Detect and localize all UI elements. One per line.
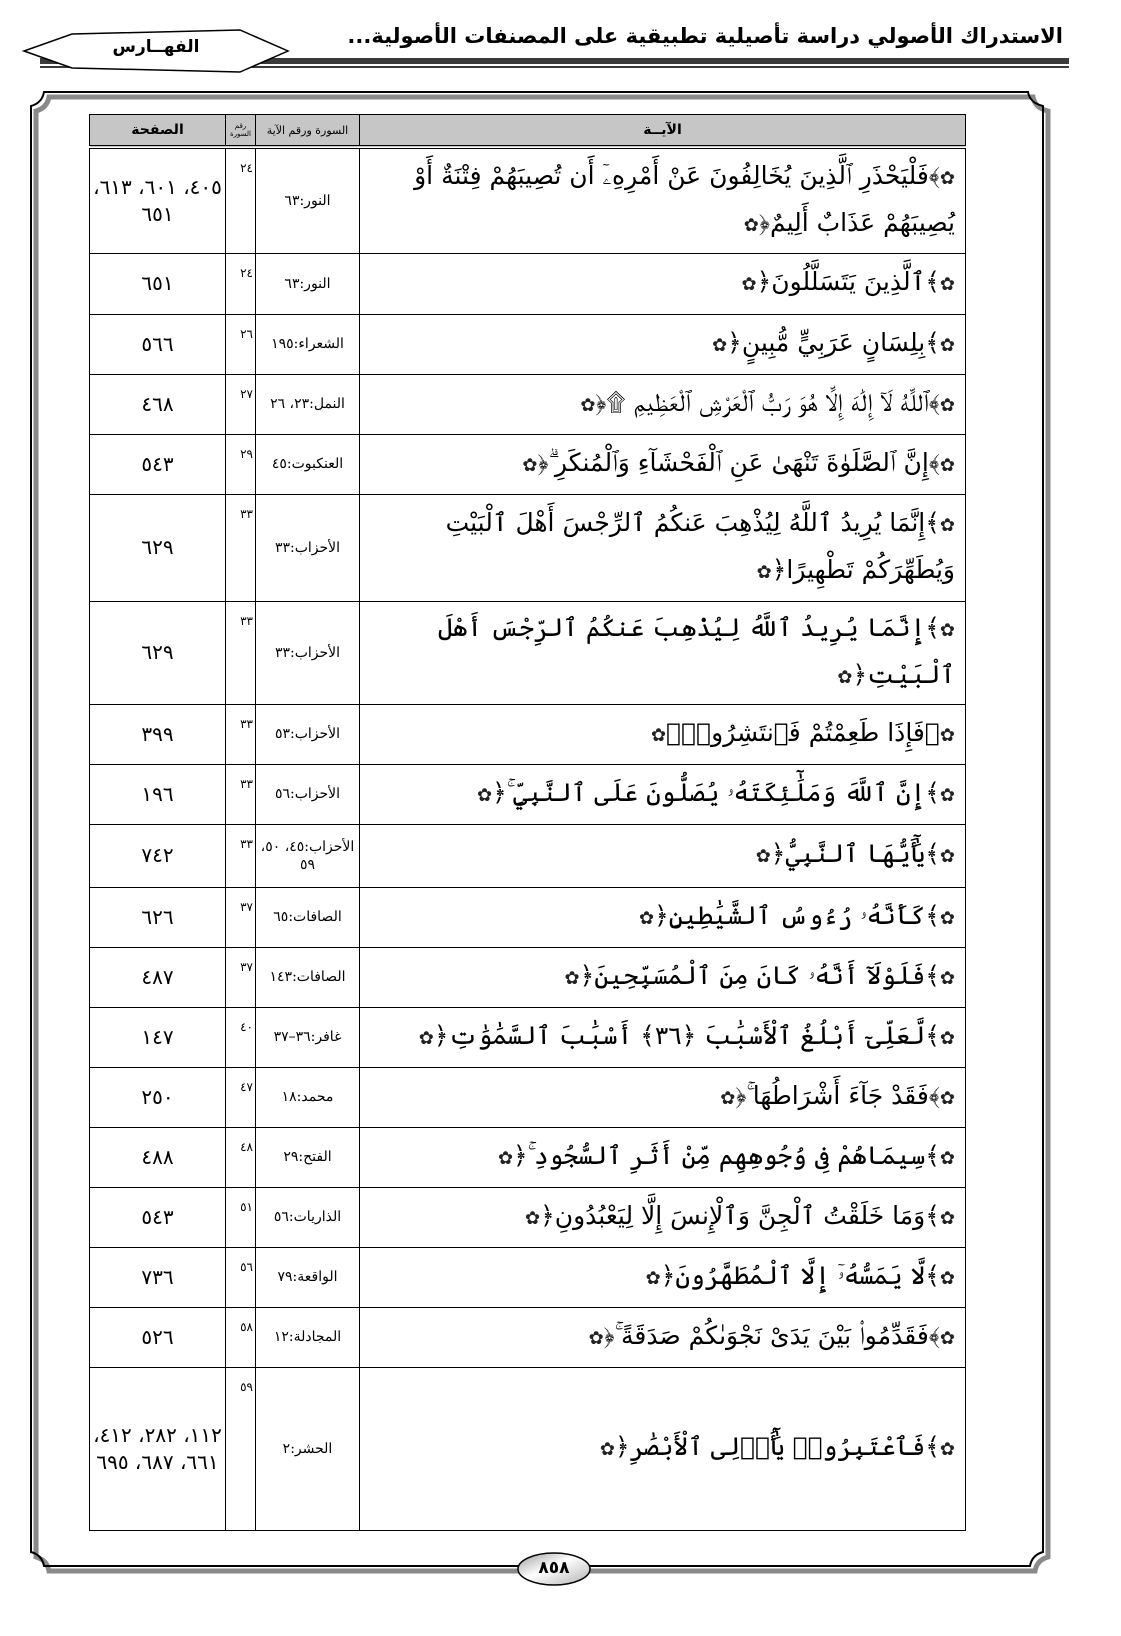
surah-reference-cell: الحشر:٢ (256, 1367, 360, 1530)
surah-number-cell: ٢٧ (226, 374, 256, 434)
flower-ornament-icon: ✿ (940, 846, 955, 867)
flower-ornament-icon: ✿ (744, 215, 759, 236)
table-row: ✿﴾إِنَّمَا يُرِيدُ ٱللَّهُ لِيُذْهِبَ عَ… (90, 601, 966, 704)
open-bracket-icon: ﴾ (925, 1021, 940, 1050)
surah-reference-cell: النور:٦٣ (256, 253, 360, 314)
verse-text: فَإِذَا طَعِمْتُمْ فَٱنتَشِرُوا۟ (681, 718, 925, 747)
verse-text: فَقَدِّمُوا۟ بَيْنَ يَدَىْ نَجْوَىٰكُمْ … (615, 1321, 929, 1350)
page-numbers-cell: ٦٥١ (90, 253, 226, 314)
verse-cell: ✿﴾يَٰٓأَيُّهَا ٱلنَّبِيُّ﴿✿ (360, 824, 966, 887)
page-numbers-cell: ٤٨٧ (90, 947, 226, 1007)
verse-cell: ✿﴾فَقَدْ جَآءَ أَشْرَاطُهَا ۚ﴿✿ (360, 1067, 966, 1127)
open-bracket-icon: ﴾ (925, 613, 940, 642)
flower-ornament-icon: ✿ (940, 335, 955, 356)
table-row: ✿﴾لَّعَلِّىٓ أَبْلُغُ ٱلْأَسْبَٰبَ ﴿٣٦﴾ … (90, 1007, 966, 1067)
close-bracket-icon: ﴿ (771, 839, 786, 868)
close-bracket-icon: ﴿ (666, 718, 681, 747)
page-numbers-cell: ١١٢، ٢٨٢، ٤١٢، ٦٦١، ٦٨٧، ٦٩٥ (90, 1367, 226, 1530)
page-numbers-cell: ٥٤٣ (90, 434, 226, 494)
open-bracket-icon: ﴾ (925, 718, 940, 747)
table-row: ✿﴾ٱلَّذِينَ يَتَسَلَّلُونَ﴿✿النور:٦٣٢٤٦٥… (90, 253, 966, 314)
open-bracket-icon: ﴾ (925, 1141, 940, 1170)
close-bracket-icon: ﴿ (772, 555, 787, 584)
open-bracket-icon: ﴾ (925, 1261, 940, 1290)
verse-cell: ✿﴾فَلَوْلَآ أَنَّهُۥ كَانَ مِنَ ٱلْمُسَب… (360, 947, 966, 1007)
verse-cell: ✿﴾إِنَّ ٱللَّهَ وَمَلَٰٓئِكَتَهُۥ يُصَلُ… (360, 764, 966, 824)
surah-number-cell: ٢٤ (226, 253, 256, 314)
table-row: ✿﴾إِنَّ ٱلصَّلَوٰةَ تَنْهَىٰ عَنِ ٱلْفَح… (90, 434, 966, 494)
flower-ornament-icon: ✿ (940, 1328, 955, 1349)
verse-cell: ✿﴾بِلِسَانٍ عَرَبِيٍّ مُّبِينٍ﴿✿ (360, 314, 966, 374)
flower-ornament-icon: ✿ (940, 515, 955, 536)
table-row: ✿﴾فَلَوْلَآ أَنَّهُۥ كَانَ مِنَ ٱلْمُسَب… (90, 947, 966, 1007)
page-numbers-cell: ٧٤٢ (90, 824, 226, 887)
surah-reference-cell: الصافات:٦٥ (256, 887, 360, 947)
open-bracket-icon: ﴾ (925, 778, 940, 807)
verse-cell: ✿﴾سِيمَاهُمْ فِى وُجُوهِهِم مِّنْ أَثَرِ… (360, 1127, 966, 1187)
open-bracket-icon: ﴾ (925, 267, 940, 296)
open-bracket-icon: ﴾ (925, 839, 940, 868)
surah-reference-cell: الفتح:٢٩ (256, 1127, 360, 1187)
surah-number-cell: ٣٣ (226, 764, 256, 824)
close-bracket-icon: ﴿ (604, 1321, 615, 1350)
open-bracket-icon: ﴾ (925, 961, 940, 990)
open-bracket-icon: ﴾ (925, 1201, 940, 1230)
flower-ornament-icon: ✿ (940, 1028, 955, 1049)
flower-ornament-icon: ✿ (600, 1439, 615, 1460)
verse-text: فَقَدْ جَآءَ أَشْرَاطُهَا ۚ (746, 1081, 928, 1110)
column-header-page: الصفحة (90, 115, 226, 148)
verse-cell: ✿﴾لَّا يَمَسُّهُۥٓ إِلَّا ٱلْمُطَهَّرُون… (360, 1247, 966, 1307)
verse-cell: ✿﴾فَلْيَحْذَرِ ٱلَّذِينَ يُخَالِفُونَ عَ… (360, 147, 966, 253)
verse-index-table: الآيــة السورة ورقم الآية رقم السورة الص… (89, 114, 966, 1531)
table-row: ✿﴾فَٱعْتَبِرُوا۟ يَٰٓأُو۟لِى ٱلْأَبْصَٰر… (90, 1367, 966, 1530)
surah-reference-cell: المجادلة:١٢ (256, 1307, 360, 1367)
verse-cell: ✿﴾إِنَّمَا يُرِيدُ ٱللَّهُ لِيُذْهِبَ عَ… (360, 601, 966, 704)
surah-number-cell: ٣٣ (226, 824, 256, 887)
page-numbers-cell: ٥٤٣ (90, 1187, 226, 1247)
column-header-surah-number: رقم السورة (226, 115, 256, 148)
surah-reference-cell: الأحزاب:٣٣ (256, 601, 360, 704)
table-row: ✿﴾وَمَا خَلَقْتُ ٱلْجِنَّ وَٱلْإِنسَ إِل… (90, 1187, 966, 1247)
surah-number-cell: ٣٧ (226, 887, 256, 947)
table-row: ✿﴾إِنَّمَا يُرِيدُ ٱللَّهُ لِيُذْهِبَ عَ… (90, 494, 966, 601)
flower-ornament-icon: ✿ (419, 1028, 434, 1049)
close-bracket-icon: ﴿ (595, 388, 606, 417)
flower-ornament-icon: ✿ (940, 1088, 955, 1109)
surah-number-cell: ٥١ (226, 1187, 256, 1247)
surah-reference-cell: النمل:٢٣، ٢٦ (256, 374, 360, 434)
column-header-verse: الآيــة (360, 115, 966, 148)
surah-number-cell: ٢٤ (226, 147, 256, 253)
verse-text: كَأَنَّهُۥ رُءُوسُ ٱلشَّيَٰطِينِ (669, 901, 926, 930)
table-row: ✿﴾ٱللَّهُ لَآ إِلَٰهَ إِلَّا هُوَ رَبُّ … (90, 374, 966, 434)
surah-number-cell: ٢٦ (226, 314, 256, 374)
surah-number-cell: ٤٨ (226, 1127, 256, 1187)
page-numbers-cell: ٢٥٠ (90, 1067, 226, 1127)
surah-number-cell: ٢٩ (226, 434, 256, 494)
close-bracket-icon: ﴿ (735, 1081, 746, 1110)
flower-ornament-icon: ✿ (940, 395, 955, 416)
table-row: ✿﴾لَّا يَمَسُّهُۥٓ إِلَّا ٱلْمُطَهَّرُون… (90, 1247, 966, 1307)
surah-number-cell: ٣٧ (226, 947, 256, 1007)
flower-ornament-icon: ✿ (940, 1268, 955, 1289)
open-bracket-icon: ﴾ (925, 1432, 940, 1461)
page-numbers-cell: ٦٢٦ (90, 887, 226, 947)
verse-text: إِنَّمَا يُرِيدُ ٱللَّهُ لِيُذْهِبَ عَنك… (438, 613, 955, 689)
verse-cell: ✿﴾فَٱعْتَبِرُوا۟ يَٰٓأُو۟لِى ٱلْأَبْصَٰر… (360, 1367, 966, 1530)
table-row: ✿﴾فَإِذَا طَعِمْتُمْ فَٱنتَشِرُوا۟﴿✿الأح… (90, 704, 966, 764)
surah-number-cell: ٥٨ (226, 1307, 256, 1367)
verse-cell: ✿﴾وَمَا خَلَقْتُ ٱلْجِنَّ وَٱلْإِنسَ إِل… (360, 1187, 966, 1247)
close-bracket-icon: ﴿ (492, 778, 507, 807)
flower-ornament-icon: ✿ (940, 968, 955, 989)
page-numbers-cell: ٣٩٩ (90, 704, 226, 764)
flower-ornament-icon: ✿ (940, 168, 955, 189)
verse-text: لَّعَلِّىٓ أَبْلُغُ ٱلْأَسْبَٰبَ ﴿٣٦﴾ أَ… (448, 1021, 925, 1050)
close-bracket-icon: ﴿ (852, 660, 867, 689)
open-bracket-icon: ﴾ (925, 328, 940, 357)
close-bracket-icon: ﴿ (654, 901, 669, 930)
verse-text: فَٱعْتَبِرُوا۟ يَٰٓأُو۟لِى ٱلْأَبْصَٰرِ (630, 1432, 926, 1461)
verse-cell: ✿﴾إِنَّ ٱلصَّلَوٰةَ تَنْهَىٰ عَنِ ٱلْفَح… (360, 434, 966, 494)
flower-ornament-icon: ✿ (477, 785, 492, 806)
flower-ornament-icon: ✿ (940, 620, 955, 641)
flower-ornament-icon: ✿ (720, 1088, 735, 1109)
page-numbers-cell: ٤٦٨ (90, 374, 226, 434)
page-numbers-cell: ٥٦٦ (90, 314, 226, 374)
open-bracket-icon: ﴾ (925, 901, 940, 930)
close-bracket-icon: ﴿ (540, 1201, 555, 1230)
table-row: ✿﴾فَقَدِّمُوا۟ بَيْنَ يَدَىْ نَجْوَىٰكُم… (90, 1307, 966, 1367)
surah-number-cell: ٤٧ (226, 1067, 256, 1127)
surah-reference-cell: غافر:٣٦–٣٧ (256, 1007, 360, 1067)
page-numbers-cell: ٧٣٦ (90, 1247, 226, 1307)
table-row: ✿﴾بِلِسَانٍ عَرَبِيٍّ مُّبِينٍ﴿✿الشعراء:… (90, 314, 966, 374)
surah-reference-cell: الأحزاب:٣٣ (256, 494, 360, 601)
flower-ornament-icon: ✿ (589, 1328, 604, 1349)
open-bracket-icon: ﴾ (929, 161, 940, 190)
flower-ornament-icon: ✿ (651, 725, 666, 746)
flower-ornament-icon: ✿ (940, 1439, 955, 1460)
open-bracket-icon: ﴾ (929, 388, 940, 417)
surah-reference-cell: الشعراء:١٩٥ (256, 314, 360, 374)
flower-ornament-icon: ✿ (756, 846, 771, 867)
surah-reference-cell: النور:٦٣ (256, 147, 360, 253)
verse-text: إِنَّ ٱللَّهَ وَمَلَٰٓئِكَتَهُۥ يُصَلُّو… (507, 778, 925, 807)
verse-cell: ✿﴾كَأَنَّهُۥ رُءُوسُ ٱلشَّيَٰطِينِ﴿✿ (360, 887, 966, 947)
close-bracket-icon: ﴿ (580, 961, 595, 990)
surah-number-cell: ٣٣ (226, 704, 256, 764)
flower-ornament-icon: ✿ (639, 908, 654, 929)
open-bracket-icon: ﴾ (925, 508, 940, 537)
verse-text: فَلَوْلَآ أَنَّهُۥ كَانَ مِنَ ٱلْمُسَبِّ… (594, 961, 925, 990)
flower-ornament-icon: ✿ (940, 725, 955, 746)
flower-ornament-icon: ✿ (742, 274, 757, 295)
flower-ornament-icon: ✿ (498, 1148, 513, 1169)
table-row: ✿﴾سِيمَاهُمْ فِى وُجُوهِهِم مِّنْ أَثَرِ… (90, 1127, 966, 1187)
surah-number-cell: ٥٩ (226, 1367, 256, 1530)
table-row: ✿﴾فَلْيَحْذَرِ ٱلَّذِينَ يُخَالِفُونَ عَ… (90, 147, 966, 253)
flower-ornament-icon: ✿ (646, 1268, 661, 1289)
verse-text: لَّا يَمَسُّهُۥٓ إِلَّا ٱلْمُطَهَّرُونَ (675, 1261, 925, 1290)
flower-ornament-icon: ✿ (940, 785, 955, 806)
close-bracket-icon: ﴿ (759, 208, 770, 237)
verse-text: ٱلَّذِينَ يَتَسَلَّلُونَ (771, 267, 925, 296)
flower-ornament-icon: ✿ (940, 908, 955, 929)
page-numbers-cell: ١٤٧ (90, 1007, 226, 1067)
surah-number-cell: ٣٣ (226, 601, 256, 704)
close-bracket-icon: ﴿ (513, 1141, 528, 1170)
surah-reference-cell: الذاريات:٥٦ (256, 1187, 360, 1247)
surah-reference-cell: الأحزاب:٥٦ (256, 764, 360, 824)
verse-cell: ✿﴾فَإِذَا طَعِمْتُمْ فَٱنتَشِرُوا۟﴿✿ (360, 704, 966, 764)
page-numbers-cell: ٦٢٩ (90, 494, 226, 601)
surah-reference-cell: الأحزاب:٥٣ (256, 704, 360, 764)
verse-cell: ✿﴾ٱلَّذِينَ يَتَسَلَّلُونَ﴿✿ (360, 253, 966, 314)
close-bracket-icon: ﴿ (661, 1261, 676, 1290)
page-numbers-cell: ٤٨٨ (90, 1127, 226, 1187)
close-bracket-icon: ﴿ (434, 1021, 449, 1050)
verse-text: إِنَّ ٱلصَّلَوٰةَ تَنْهَىٰ عَنِ ٱلْفَحْش… (549, 448, 929, 477)
column-header-reference: السورة ورقم الآية (256, 115, 360, 148)
table-body: ✿﴾فَلْيَحْذَرِ ٱلَّذِينَ يُخَالِفُونَ عَ… (90, 147, 966, 1530)
open-bracket-icon: ﴾ (929, 1081, 940, 1110)
flower-ornament-icon: ✿ (712, 335, 727, 356)
verse-text: فَلْيَحْذَرِ ٱلَّذِينَ يُخَالِفُونَ عَنْ… (414, 161, 955, 237)
flower-ornament-icon: ✿ (757, 562, 772, 583)
flower-ornament-icon: ✿ (940, 1208, 955, 1229)
surah-number-cell: ٥٦ (226, 1247, 256, 1307)
surah-number-cell: ٣٣ (226, 494, 256, 601)
verse-text: يَٰٓأَيُّهَا ٱلنَّبِيُّ (785, 839, 925, 868)
flower-ornament-icon: ✿ (837, 667, 852, 688)
close-bracket-icon: ﴿ (615, 1432, 630, 1461)
page-number: ٨٥٨ (516, 1558, 592, 1578)
surah-reference-cell: محمد:١٨ (256, 1067, 360, 1127)
close-bracket-icon: ﴿ (727, 328, 742, 357)
surah-reference-cell: العنكبوت:٤٥ (256, 434, 360, 494)
flower-ornament-icon: ✿ (940, 455, 955, 476)
verse-cell: ✿﴾لَّعَلِّىٓ أَبْلُغُ ٱلْأَسْبَٰبَ ﴿٣٦﴾ … (360, 1007, 966, 1067)
verse-cell: ✿﴾إِنَّمَا يُرِيدُ ٱللَّهُ لِيُذْهِبَ عَ… (360, 494, 966, 601)
surah-number-cell: ٤٠ (226, 1007, 256, 1067)
page-numbers-cell: ١٩٦ (90, 764, 226, 824)
page-number-badge: ٨٥٨ (516, 1551, 592, 1587)
verse-text: وَمَا خَلَقْتُ ٱلْجِنَّ وَٱلْإِنسَ إِلَّ… (555, 1201, 926, 1230)
flower-ornament-icon: ✿ (522, 455, 537, 476)
page-numbers-cell: ٦٢٩ (90, 601, 226, 704)
section-badge-label: الفهــارس (22, 37, 290, 57)
section-badge: الفهــارس (22, 28, 290, 74)
table-row: ✿﴾إِنَّ ٱللَّهَ وَمَلَٰٓئِكَتَهُۥ يُصَلُ… (90, 764, 966, 824)
table-row: ✿﴾كَأَنَّهُۥ رُءُوسُ ٱلشَّيَٰطِينِ﴿✿الصا… (90, 887, 966, 947)
flower-ornament-icon: ✿ (525, 1208, 540, 1229)
verse-text: ٱللَّهُ لَآ إِلَٰهَ إِلَّا هُوَ رَبُّ ٱل… (607, 388, 929, 417)
page-numbers-cell: ٤٠٥، ٦٠١، ٦١٣، ٦٥١ (90, 147, 226, 253)
surah-reference-cell: الواقعة:٧٩ (256, 1247, 360, 1307)
surah-reference-cell: الصافات:١٤٣ (256, 947, 360, 1007)
open-bracket-icon: ﴾ (929, 1321, 940, 1350)
verse-cell: ✿﴾ٱللَّهُ لَآ إِلَٰهَ إِلَّا هُوَ رَبُّ … (360, 374, 966, 434)
flower-ornament-icon: ✿ (580, 395, 595, 416)
surah-reference-cell: الأحزاب:٤٥، ٥٠، ٥٩ (256, 824, 360, 887)
flower-ornament-icon: ✿ (564, 968, 579, 989)
verse-text: إِنَّمَا يُرِيدُ ٱللَّهُ لِيُذْهِبَ عَنك… (446, 508, 955, 584)
table-row: ✿﴾يَٰٓأَيُّهَا ٱلنَّبِيُّ﴿✿الأحزاب:٤٥، ٥… (90, 824, 966, 887)
close-bracket-icon: ﴿ (757, 267, 772, 296)
running-title: الاستدراك الأصولي دراسة تأصيلية تطبيقية … (347, 24, 1063, 48)
flower-ornament-icon: ✿ (940, 1148, 955, 1169)
table-row: ✿﴾فَقَدْ جَآءَ أَشْرَاطُهَا ۚ﴿✿محمد:١٨٤٧… (90, 1067, 966, 1127)
table-header-row: الآيــة السورة ورقم الآية رقم السورة الص… (90, 115, 966, 148)
verse-cell: ✿﴾فَقَدِّمُوا۟ بَيْنَ يَدَىْ نَجْوَىٰكُم… (360, 1307, 966, 1367)
verse-text: سِيمَاهُمْ فِى وُجُوهِهِم مِّنْ أَثَرِ ٱ… (528, 1141, 926, 1170)
page-numbers-cell: ٥٢٦ (90, 1307, 226, 1367)
verse-text: بِلِسَانٍ عَرَبِيٍّ مُّبِينٍ (742, 328, 925, 357)
open-bracket-icon: ﴾ (929, 448, 940, 477)
close-bracket-icon: ﴿ (538, 448, 549, 477)
flower-ornament-icon: ✿ (940, 274, 955, 295)
